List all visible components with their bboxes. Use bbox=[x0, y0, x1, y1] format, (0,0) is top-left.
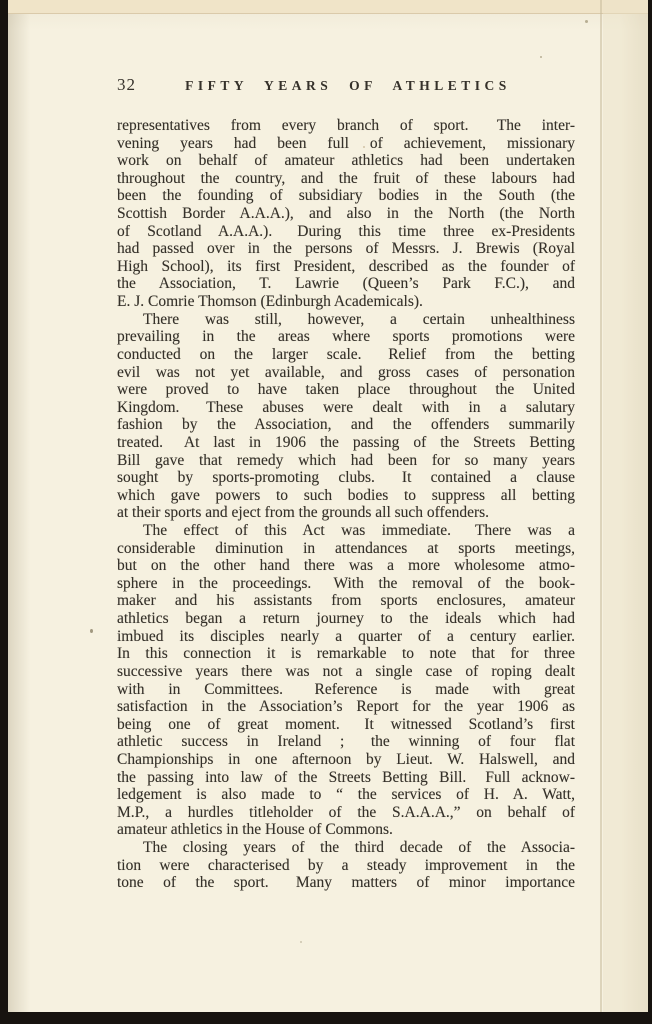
text-line: prevailing in the areas where sports pro… bbox=[117, 328, 575, 346]
text-line: athletic success in Ireland ; the winnin… bbox=[117, 733, 575, 751]
text-line: been the founding of subsidiary bodies i… bbox=[117, 187, 575, 205]
text-line: representatives from every branch of spo… bbox=[117, 117, 575, 135]
text-line: at their sports and eject from the groun… bbox=[117, 504, 575, 522]
text-block: representatives from every branch of spo… bbox=[117, 117, 575, 892]
text-line: evil was not yet available, and gross ca… bbox=[117, 364, 575, 382]
text-line: satisfaction in the Association’s Report… bbox=[117, 698, 575, 716]
book-page: 32 FIFTY YEARS OF ATHLETICS representati… bbox=[8, 0, 648, 1012]
text-line: conducted on the larger scale. Relief fr… bbox=[117, 346, 575, 364]
text-line: In this connection it is remarkable to n… bbox=[117, 645, 575, 663]
text-line: tone of the sport. Many matters of minor… bbox=[117, 874, 575, 892]
text-line: of Scotland A.A.A.). During this time th… bbox=[117, 223, 575, 241]
page-top-edge bbox=[8, 0, 648, 14]
text-line: being one of great moment. It witnessed … bbox=[117, 716, 575, 734]
text-line: sphere in the proceedings. With the remo… bbox=[117, 575, 575, 593]
text-line: considerable diminution in attendances a… bbox=[117, 540, 575, 558]
text-line: which gave powers to such bodies to supp… bbox=[117, 487, 575, 505]
text-line: vening years had been full of achievemen… bbox=[117, 135, 575, 153]
text-line: had passed over in the persons of Messrs… bbox=[117, 240, 575, 258]
text-line: High School), its first President, descr… bbox=[117, 258, 575, 276]
page-right-edge-strip bbox=[603, 0, 648, 1012]
paper-speck bbox=[540, 56, 542, 58]
text-line: Bill gave that remedy which had been for… bbox=[117, 452, 575, 470]
paper-speck bbox=[585, 20, 588, 23]
text-line: maker and his assistants from sports enc… bbox=[117, 592, 575, 610]
text-line: the Association, T. Lawrie (Queen’s Park… bbox=[117, 275, 575, 293]
text-line: There was still, however, a certain unhe… bbox=[117, 311, 575, 329]
text-line: E. J. Comrie Thomson (Edinburgh Academic… bbox=[117, 293, 575, 311]
text-line: but on the other hand there was a more w… bbox=[117, 557, 575, 575]
paper-speck bbox=[90, 629, 93, 633]
text-line: Kingdom. These abuses were dealt with in… bbox=[117, 399, 575, 417]
text-line: throughout the country, and the fruit of… bbox=[117, 170, 575, 188]
text-line: The effect of this Act was immediate. Th… bbox=[117, 522, 575, 540]
paper-speck bbox=[300, 941, 302, 943]
book-scan: 32 FIFTY YEARS OF ATHLETICS representati… bbox=[0, 0, 652, 1024]
text-line: amateur athletics in the House of Common… bbox=[117, 821, 575, 839]
text-line: successive years there was not a single … bbox=[117, 663, 575, 681]
scan-edge-bottom bbox=[0, 1012, 652, 1024]
text-line: M.P., a hurdles titleholder of the S.A.A… bbox=[117, 804, 575, 822]
text-line: imbued its disciples nearly a quarter of… bbox=[117, 628, 575, 646]
page-right-edge-line bbox=[600, 0, 602, 1012]
scan-edge-right bbox=[648, 0, 652, 1024]
text-line: The closing years of the third decade of… bbox=[117, 839, 575, 857]
text-line: work on behalf of amateur athletics had … bbox=[117, 152, 575, 170]
text-line: were proved to have taken place througho… bbox=[117, 381, 575, 399]
text-line: athletics began a return journey to the … bbox=[117, 610, 575, 628]
running-title: FIFTY YEARS OF ATHLETICS bbox=[48, 78, 648, 94]
text-line: treated. At last in 1906 the passing of … bbox=[117, 434, 575, 452]
text-line: with in Committees. Reference is made wi… bbox=[117, 681, 575, 699]
paper-speck bbox=[363, 146, 365, 148]
text-line: ledgement is also made to “ the services… bbox=[117, 786, 575, 804]
text-line: fashion by the Association, and the offe… bbox=[117, 416, 575, 434]
text-line: Scottish Border A.A.A.), and also in the… bbox=[117, 205, 575, 223]
text-line: tion were characterised by a steady impr… bbox=[117, 857, 575, 875]
scan-edge-left bbox=[0, 0, 8, 1024]
text-line: sought by sports-promoting clubs. It con… bbox=[117, 469, 575, 487]
text-line: Championships in one afternoon by Lieut.… bbox=[117, 751, 575, 769]
text-line: the passing into law of the Streets Bett… bbox=[117, 769, 575, 787]
